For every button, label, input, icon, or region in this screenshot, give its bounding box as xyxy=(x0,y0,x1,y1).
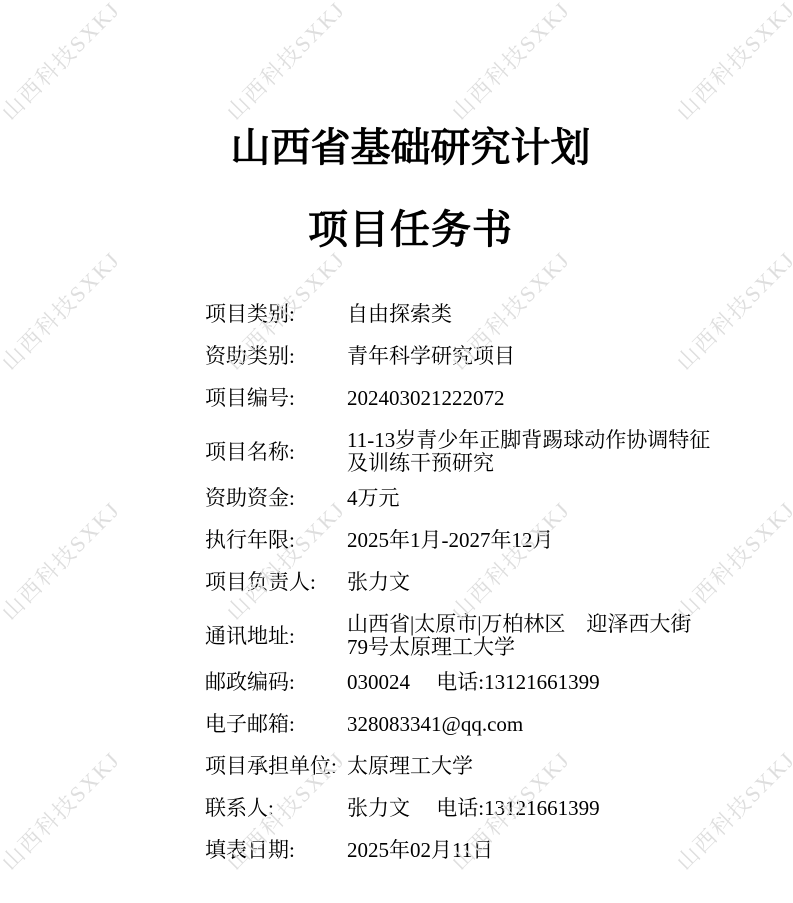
field-row: 邮政编码:030024 电话:13121661399 xyxy=(205,671,793,694)
watermark-text: 山西科技SXKJ xyxy=(219,0,352,126)
field-value: 太原理工大学 xyxy=(347,755,473,778)
document-page: 山西省基础研究计划 项目任务书 项目类别:自由探索类资助类别:青年科学研究项目项… xyxy=(0,0,793,903)
field-value: 2025年1月-2027年12月 xyxy=(347,529,554,552)
field-row: 执行年限:2025年1月-2027年12月 xyxy=(205,529,793,552)
field-value: 4万元 xyxy=(347,487,400,510)
document-title: 山西省基础研究计划 xyxy=(14,124,793,172)
watermark-text: 山西科技SXKJ xyxy=(444,0,577,126)
watermark-text: 山西科技SXKJ xyxy=(0,0,126,126)
field-row: 资助资金:4万元 xyxy=(205,487,793,510)
field-label: 资助类别: xyxy=(205,345,347,368)
field-value: 青年科学研究项目 xyxy=(347,345,515,368)
watermark-text: 山西科技SXKJ xyxy=(0,494,126,627)
field-row: 项目名称:11-13岁青少年正脚背踢球动作协调特征 及训练干预研究 xyxy=(205,429,793,475)
field-row: 联系人:张力文 电话:13121661399 xyxy=(205,797,793,820)
field-value: 2025年02月11日 xyxy=(347,839,493,862)
field-label: 通讯地址: xyxy=(205,625,347,648)
field-value: 328083341@qq.com xyxy=(347,713,523,736)
field-value: 自由探索类 xyxy=(347,303,452,326)
field-value: 11-13岁青少年正脚背踢球动作协调特征 及训练干预研究 xyxy=(347,429,710,475)
field-value: 202403021222072 xyxy=(347,387,505,410)
field-label: 填表日期: xyxy=(205,839,347,862)
watermark-text: 山西科技SXKJ xyxy=(0,244,126,377)
field-value: 030024 电话:13121661399 xyxy=(347,671,600,694)
fields-section: 项目类别:自由探索类资助类别:青年科学研究项目项目编号:202403021222… xyxy=(205,303,793,862)
field-row: 电子邮箱:328083341@qq.com xyxy=(205,713,793,736)
field-label: 项目编号: xyxy=(205,387,347,410)
field-row: 项目承担单位:太原理工大学 xyxy=(205,755,793,778)
field-row: 项目负责人:张力文 xyxy=(205,571,793,594)
field-label: 执行年限: xyxy=(205,529,347,552)
document-subtitle: 项目任务书 xyxy=(14,206,793,254)
field-label: 项目名称: xyxy=(205,441,347,464)
field-label: 项目承担单位: xyxy=(205,755,347,778)
field-label: 邮政编码: xyxy=(205,671,347,694)
field-row: 项目类别:自由探索类 xyxy=(205,303,793,326)
field-row: 资助类别:青年科学研究项目 xyxy=(205,345,793,368)
field-row: 项目编号:202403021222072 xyxy=(205,387,793,410)
field-label: 联系人: xyxy=(205,797,347,820)
field-label: 项目类别: xyxy=(205,303,347,326)
field-row: 通讯地址:山西省|太原市|万柏林区 迎泽西大街 79号太原理工大学 xyxy=(205,613,793,659)
field-label: 资助资金: xyxy=(205,487,347,510)
watermark-text: 山西科技SXKJ xyxy=(0,744,126,877)
field-label: 项目负责人: xyxy=(205,571,347,594)
field-row: 填表日期:2025年02月11日 xyxy=(205,839,793,862)
field-label: 电子邮箱: xyxy=(205,713,347,736)
field-value: 张力文 电话:13121661399 xyxy=(347,797,600,820)
watermark-text: 山西科技SXKJ xyxy=(669,0,793,126)
field-value: 山西省|太原市|万柏林区 迎泽西大街 79号太原理工大学 xyxy=(347,613,691,659)
field-value: 张力文 xyxy=(347,571,410,594)
